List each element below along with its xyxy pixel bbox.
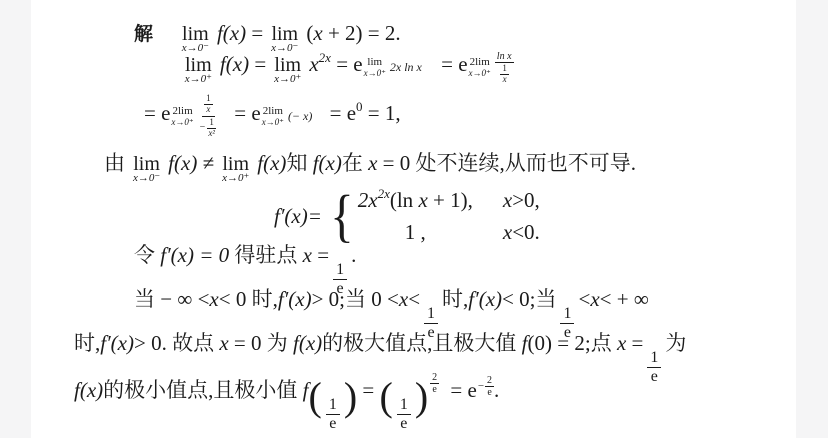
cn-conclusion: 处不连续,从而也不可导. (416, 151, 637, 175)
variable-x: x (503, 188, 512, 212)
variable-x: x (617, 331, 626, 355)
less-zero: < 0 (219, 287, 247, 311)
e-exponent: 2limx→0⁺(− x) (262, 106, 313, 127)
variable-x: x (209, 287, 218, 311)
cn-wei: 为 (267, 331, 288, 355)
fraction-denominator: e (326, 415, 339, 433)
coefficient: 2x (358, 188, 378, 212)
variable-x: x (399, 287, 408, 311)
f0-value: (0) = 2; (528, 331, 591, 355)
derivative-fpx: f′(x)= (274, 203, 322, 229)
lim-word: lim (367, 57, 382, 68)
less-pos-infinity: < + ∞ (600, 287, 649, 311)
fraction-numerator: 1 (333, 261, 347, 280)
page-margin-right (796, 0, 828, 438)
equals-e: = e (441, 52, 467, 76)
expression-tail: + 2) = 2. (328, 21, 401, 45)
condition-text: >0, (512, 188, 540, 212)
cn-dang: 当 (535, 287, 556, 311)
cn-dang: 当 (345, 287, 366, 311)
derivative-fpx: f′(x) (278, 287, 312, 311)
limit-operator: limx→0⁺ (185, 51, 212, 78)
cn-dian: 点 (591, 331, 612, 355)
e-exponent: 2limx→0⁺ln x1x (469, 51, 514, 85)
function-fx: f(x) (313, 151, 342, 175)
cn-zhi: 知 (286, 151, 307, 175)
big-paren-open: ( (309, 374, 322, 419)
exponent-fraction: 2e (485, 375, 494, 398)
lim-subscript: x→0⁺ (274, 73, 301, 87)
fraction-1-over-e: 1e (326, 396, 340, 434)
fraction-denominator: e (648, 368, 661, 386)
nested-numerator: 1 (500, 64, 509, 75)
equals-sign: = (317, 243, 329, 267)
e-exponent: limx→0⁺2x ln x (364, 57, 422, 78)
variable-x: x (303, 243, 312, 267)
exponent-zero: 0 (356, 99, 363, 114)
limit-operator-small: 2limx→0⁺ (262, 106, 284, 127)
nested-denominator: x (204, 105, 212, 115)
exp-denominator: e (485, 387, 493, 398)
limit-operator: limx→0⁻ (133, 150, 160, 177)
cn-shi: 时, (442, 287, 468, 311)
limit-operator-small: limx→0⁺ (364, 57, 386, 78)
equals-e: = e (450, 378, 476, 402)
case-2-value: 1 , (358, 219, 473, 245)
exponent-2x: 2x (319, 50, 331, 65)
lim-subscript: x→0⁺ (185, 73, 212, 87)
lim-subscript: x→0⁺ (262, 118, 284, 127)
fraction-numerator: 1 (560, 305, 574, 324)
cn-ling: 令 (134, 243, 155, 267)
equals-sign: = (254, 52, 266, 76)
line-4-discontinuity-statement: 由 limx→0⁻ f(x) ≠ limx→0⁺ f(x)知 f(x)在 x =… (104, 150, 636, 177)
big-paren-close: ) (344, 374, 357, 419)
fraction-numerator: 1 (326, 396, 340, 415)
exponent-fraction: 1x−1x² (198, 94, 219, 139)
nested-fraction: 1x (204, 94, 213, 115)
not-equal-sign: ≠ (203, 151, 215, 175)
exp-numerator: 2 (430, 372, 439, 384)
exp-numerator: 2 (485, 375, 494, 387)
minus-sign: − (200, 122, 206, 133)
derivative-fpx: f′(x) (100, 331, 134, 355)
function-fx: f(x) (293, 331, 322, 355)
brace-left: { (330, 190, 354, 242)
nested-denominator: x (501, 75, 509, 85)
fraction-1-over-e: 1e (397, 396, 411, 434)
ln-open: (ln (390, 188, 413, 212)
cn-shi: 时, (252, 287, 278, 311)
lim-word: 2lim (263, 106, 283, 117)
limit-operator-small: 2limx→0⁺ (171, 106, 193, 127)
equals-e: = e (330, 101, 356, 125)
fraction-denominator: −1x² (198, 117, 219, 139)
result-one: = 1, (368, 101, 401, 125)
nested-fraction: 1x² (206, 118, 217, 139)
limit-operator: limx→0⁻ (271, 20, 298, 47)
base-x: x (309, 52, 318, 76)
cn-you: 由 (104, 151, 125, 175)
exponent-fraction: ln x1x (495, 51, 514, 85)
cn-gu-dian: 故点 (172, 331, 214, 355)
case-1-value: 2x2x(ln x + 1), (358, 186, 473, 213)
limit-operator: limx→0⁺ (222, 150, 249, 177)
document-page: 解limx→0⁻ f(x) = limx→0⁻ (x + 2) = 2. lim… (0, 0, 828, 438)
period: . (351, 243, 356, 267)
function-fx: f(x) (74, 378, 103, 402)
derivative-fpx: f′(x) (468, 287, 502, 311)
fraction-denominator: e (397, 415, 410, 433)
lim-word: 2lim (470, 57, 490, 68)
case-1-condition: x>0, (503, 187, 540, 213)
variable-x: x (418, 188, 427, 212)
cn-wei: 为 (665, 331, 686, 355)
nested-fraction: 1x (500, 64, 509, 85)
function-fx: f(x) (220, 52, 249, 76)
positive: > 0; (312, 287, 345, 311)
paren-exponent-fraction: 2e (430, 372, 439, 395)
fraction-numerator: 1x (202, 94, 215, 117)
equals-sign: = (251, 21, 263, 45)
less-than: < (578, 287, 590, 311)
e-exponent: 2limx→0⁺1x−1x² (171, 94, 219, 139)
zero-less: 0 < (371, 287, 399, 311)
fraction-numerator: 1 (397, 396, 411, 415)
function-fx: f(x) (257, 151, 286, 175)
line-1-left-limit: 解limx→0⁻ f(x) = limx→0⁻ (x + 2) = 2. (134, 20, 401, 47)
positive: > 0. (134, 331, 167, 355)
variable-x: x (503, 220, 512, 244)
exp-denominator: e (432, 384, 436, 395)
fraction-1-over-e: 1e (647, 349, 661, 387)
line-5-piecewise-derivative: f′(x)= { 2x2x(ln x + 1), x>0, 1 , x<0. (274, 186, 540, 246)
equals-e: = e (336, 52, 362, 76)
cn-stationary: 得驻点 (234, 243, 297, 267)
condition-text: <0. (512, 220, 540, 244)
lim-subscript: x→0⁺ (364, 69, 386, 78)
variable-x: x (368, 151, 377, 175)
limit-operator: limx→0⁺ (274, 51, 301, 78)
lim-word: 2lim (172, 106, 192, 117)
case-1-rest: + 1), (433, 188, 473, 212)
function-fx: f(x) (217, 21, 246, 45)
equals-e: = e (234, 101, 260, 125)
cn-shi: 时, (74, 331, 100, 355)
fraction-numerator: 1 (647, 349, 661, 368)
fraction-denominator: 1x (497, 63, 511, 85)
negative: < 0; (502, 287, 535, 311)
period: . (494, 378, 499, 402)
exponent-2x: 2x (378, 186, 390, 201)
equals-sign: = (362, 378, 374, 402)
cases-grid: 2x2x(ln x + 1), x>0, 1 , x<0. (358, 186, 540, 246)
variable-x: x (590, 287, 599, 311)
minus-sign: − (478, 380, 484, 394)
cn-dang: 当 (134, 287, 155, 311)
variable-x: x (219, 331, 228, 355)
lim-subscript: x→0⁺ (469, 69, 491, 78)
case-2-condition: x<0. (503, 219, 540, 245)
line-2-right-limit: limx→0⁺ f(x) = limx→0⁺ x2x = elimx→0⁺2x … (182, 50, 514, 84)
solve-label: 解 (134, 23, 153, 45)
fraction-numerator: ln x (495, 51, 514, 63)
neg-infinity: − ∞ < (160, 287, 209, 311)
equals-zero: = 0 (383, 151, 411, 175)
limit-operator-small: 2limx→0⁺ (469, 57, 491, 78)
exponent-expression: (− x) (288, 109, 312, 124)
lim-subscript: x→0⁺ (222, 172, 249, 186)
big-paren-open: ( (380, 374, 393, 419)
value-one: 1 , (405, 220, 426, 244)
equals-zero: = 0 (234, 331, 262, 355)
nested-denominator: x² (206, 129, 217, 139)
exponent-expression: 2x ln x (390, 60, 422, 75)
fraction-numerator: 1 (424, 305, 438, 324)
cn-maximum: 的极大值点,且极大值 (322, 331, 516, 355)
lim-subscript: x→0⁻ (133, 172, 160, 186)
equals-sign: = (632, 331, 644, 355)
variable-x: x (313, 21, 322, 45)
function-fx: f(x) (168, 151, 197, 175)
page-margin-left (0, 0, 31, 438)
negative-exponent: −2e (478, 375, 494, 398)
line-3-limit-evaluation: = e2limx→0⁺1x−1x² = e2limx→0⁺(− x) = e0 … (144, 94, 401, 139)
cn-minimum: 的极小值点,且极小值 (103, 378, 297, 402)
limit-operator: limx→0⁻ (182, 20, 209, 47)
big-paren-close: ) (415, 374, 428, 419)
less-than: < (408, 287, 420, 311)
numerator-text: ln x (497, 51, 512, 62)
lim-subscript: x→0⁺ (171, 118, 193, 127)
derivative-equation: f′(x) = 0 (160, 243, 229, 267)
line-9-minimum-statement: f(x)的极小值点,且极小值 f(1e) = (1e)2e = e−2e. (74, 372, 499, 434)
equals-e: = e (144, 101, 170, 125)
cn-zai: 在 (342, 151, 363, 175)
